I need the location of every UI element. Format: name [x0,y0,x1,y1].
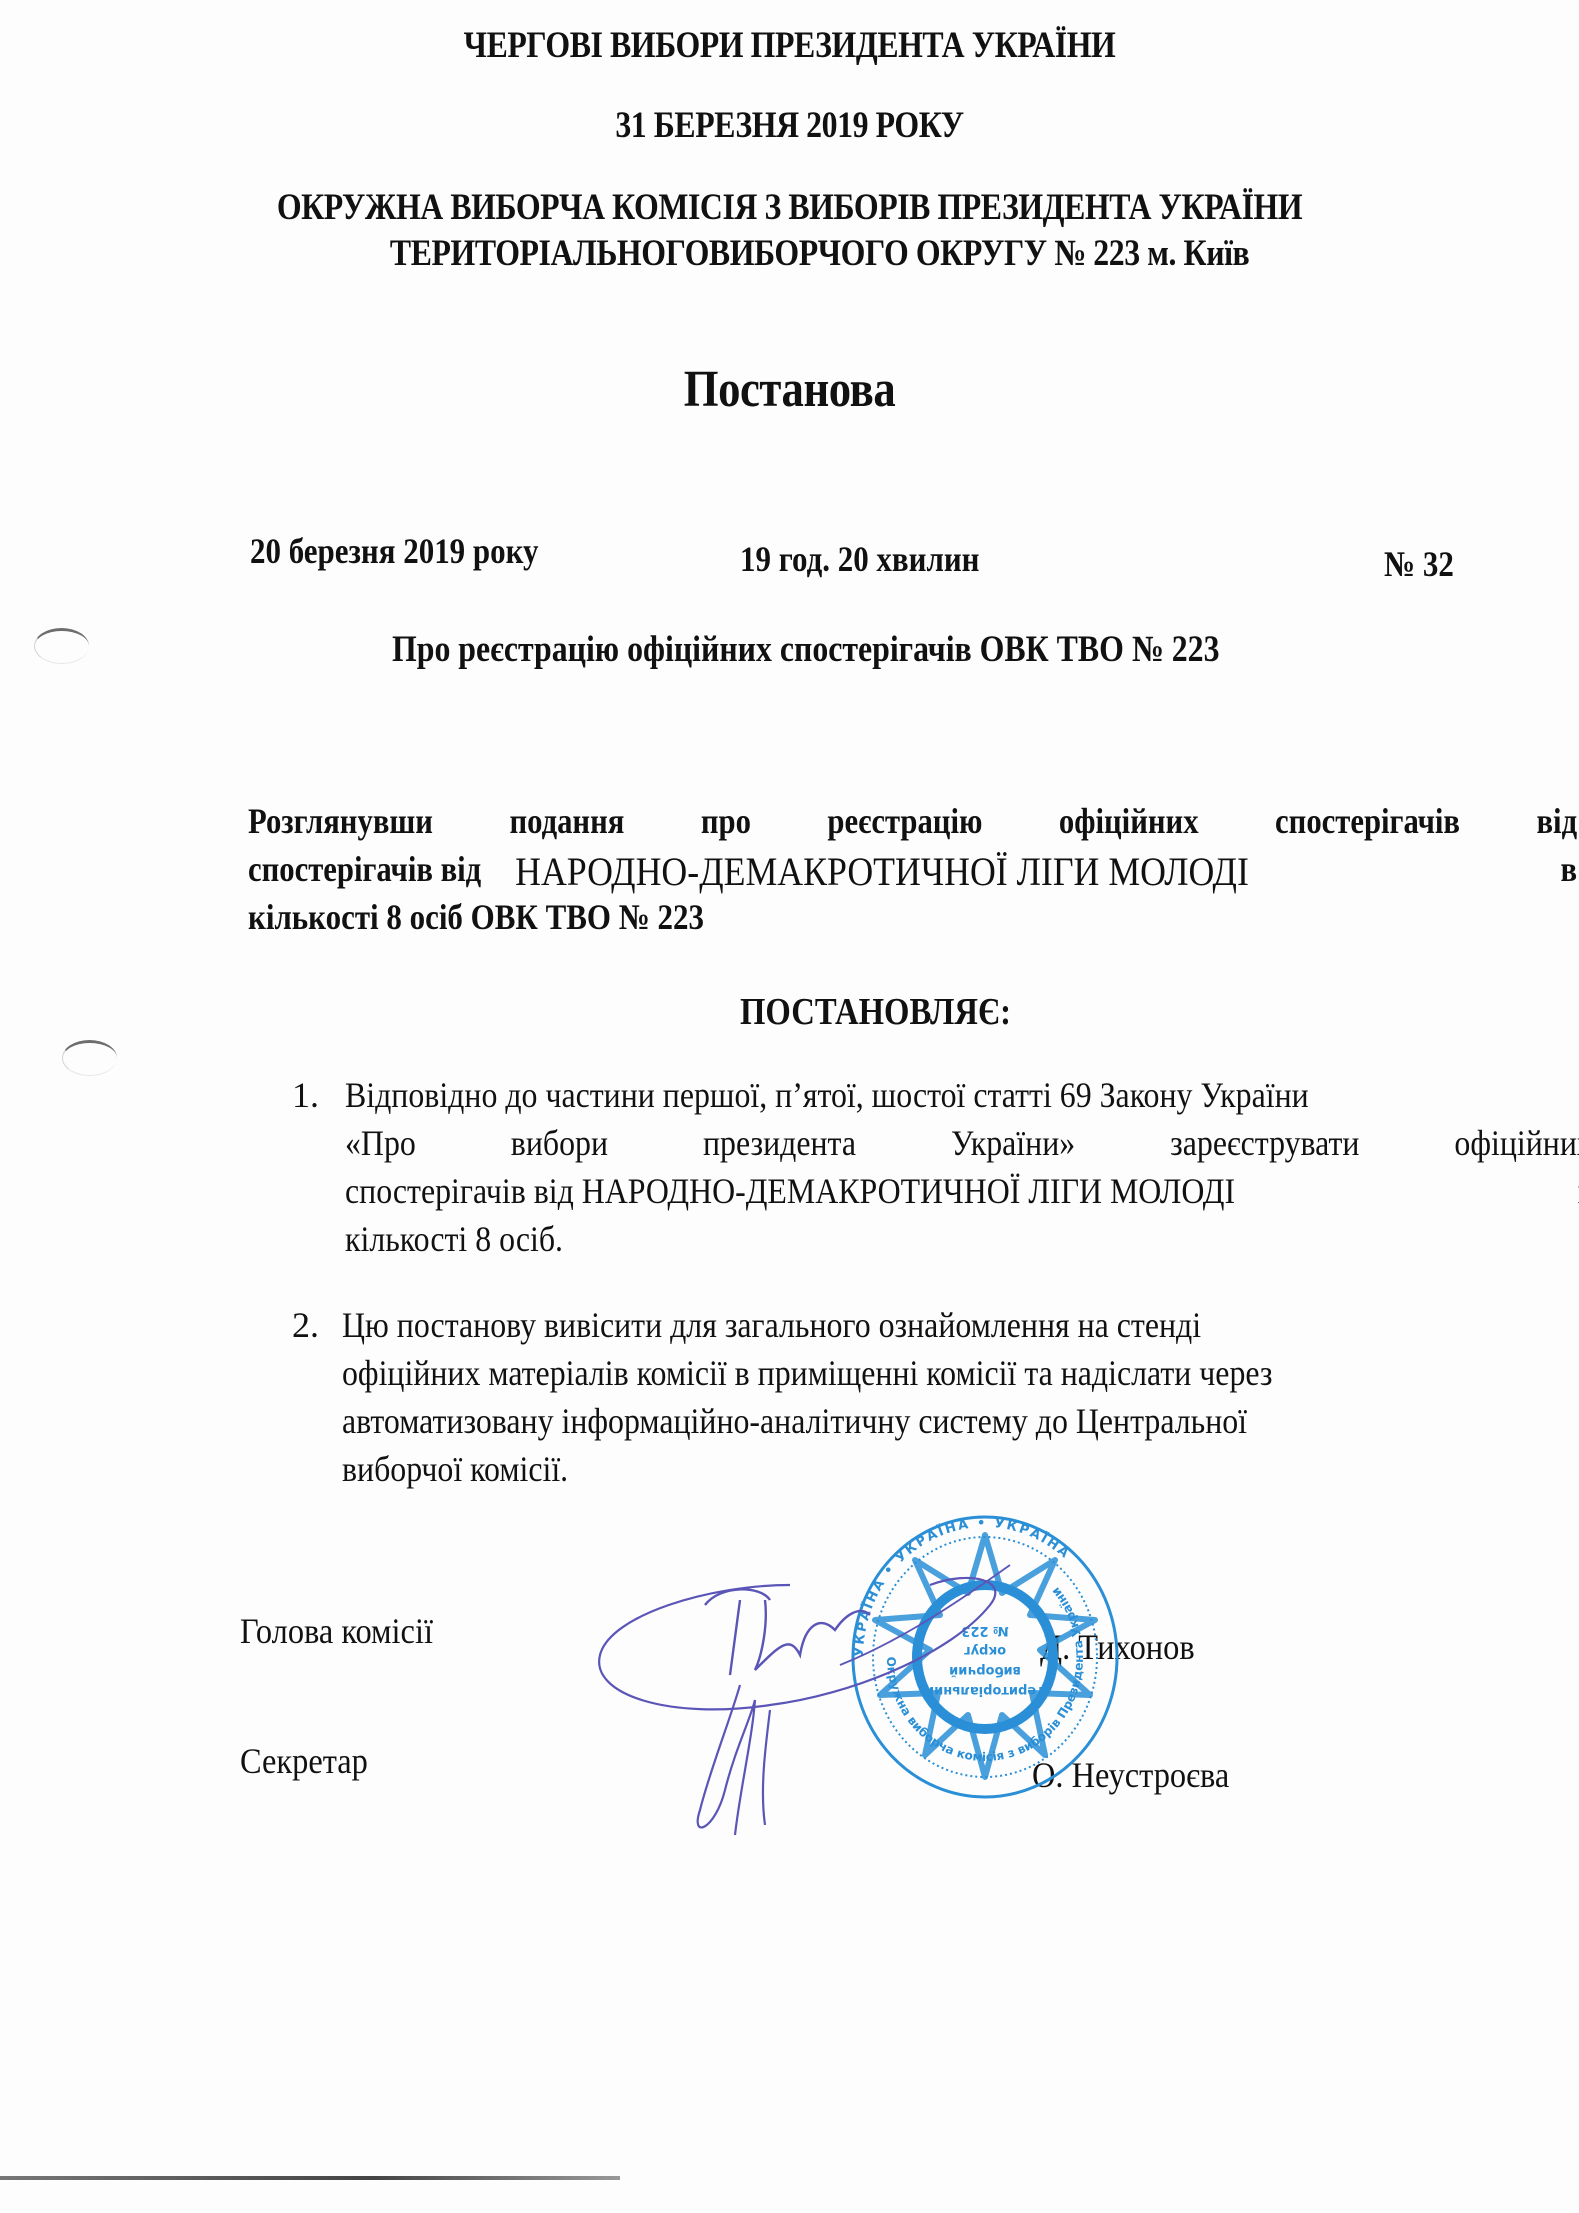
item-2-line-1: Цю постанову вивісити для загального озн… [342,1304,1201,1346]
preamble-word: в [1561,848,1578,895]
item-word: вибори [511,1122,608,1164]
preamble-line-1: Розглянувши подання про реєстрацію офіці… [248,800,1577,842]
preamble-word: про [701,800,751,842]
item-1-line-2: «Про вибори президента України» зареєстр… [345,1122,1579,1164]
secretary-role: Секретар [240,1740,368,1782]
commission-name: ОКРУЖНА ВИБОРЧА КОМІСІЯ З ВИБОРІВ ПРЕЗИД… [111,186,1469,229]
preamble-line-2: спостерігачів від НАРОДНО-ДЕМАКРОТИЧНОЇ … [248,848,1577,895]
item-1-number: 1. [292,1074,319,1116]
election-date: 31 БЕРЕЗНЯ 2019 РОКУ [111,104,1469,147]
item-text: спостерігачів від НАРОДНО-ДЕМАКРОТИЧНОЇ … [345,1170,1235,1212]
organization-name: НАРОДНО-ДЕМАКРОТИЧНОЇ ЛІГИ МОЛОДІ [515,848,1249,895]
chair-role: Голова комісії [240,1610,433,1652]
preamble-word: реєстрацію [827,800,982,842]
preamble-word: спостерігачів [1275,800,1460,842]
preamble-word: Розглянувши [248,800,433,842]
resolution-subject: Про реєстрацію офіційних спостерігачів О… [392,628,1219,671]
item-word: президента [703,1122,856,1164]
item-2-line-4: виборчої комісії. [342,1448,568,1490]
item-2-line-2: офіційних матеріалів комісії в приміщенн… [342,1352,1272,1394]
item-word: офіційних [1454,1122,1579,1164]
secretary-signature [670,1680,830,1850]
resolution-time: 19 год. 20 хвилин [740,538,980,580]
preamble-word: від [1536,800,1577,842]
district-name: ТЕРИТОРІАЛЬНОГОВИБОРЧОГО ОКРУГУ № 223 м.… [111,232,1469,275]
preamble-word: офіційних [1059,800,1199,842]
document-title: Постанова [111,360,1469,419]
resolves-heading: ПОСТАНОВЛЯЄ: [740,990,1011,1034]
item-word: України» [951,1122,1075,1164]
item-2-number: 2. [292,1304,319,1346]
item-2-line-3: автоматизовану інформаційно-аналітичну с… [342,1400,1247,1442]
election-title: ЧЕРГОВІ ВИБОРИ ПРЕЗИДЕНТА УКРАЇНИ [111,24,1469,67]
item-word: зареєструвати [1170,1122,1359,1164]
item-word: «Про [345,1122,416,1164]
item-1-line-1: Відповідно до частини першої, п’ятої, шо… [345,1074,1309,1116]
preamble-text: спостерігачів від [248,848,481,895]
resolution-number: № 32 [1384,543,1454,585]
resolution-date: 20 березня 2019 року [250,530,538,572]
scan-edge-line [0,2176,620,2180]
preamble-line-3: кількості 8 осіб ОВК ТВО № 223 [248,896,704,938]
preamble-word: подання [509,800,624,842]
item-1-line-4: кількості 8 осіб. [345,1218,563,1260]
punch-hole-top [34,628,89,664]
punch-hole-bottom [62,1040,117,1076]
item-1-line-3: спостерігачів від НАРОДНО-ДЕМАКРОТИЧНОЇ … [345,1170,1579,1212]
